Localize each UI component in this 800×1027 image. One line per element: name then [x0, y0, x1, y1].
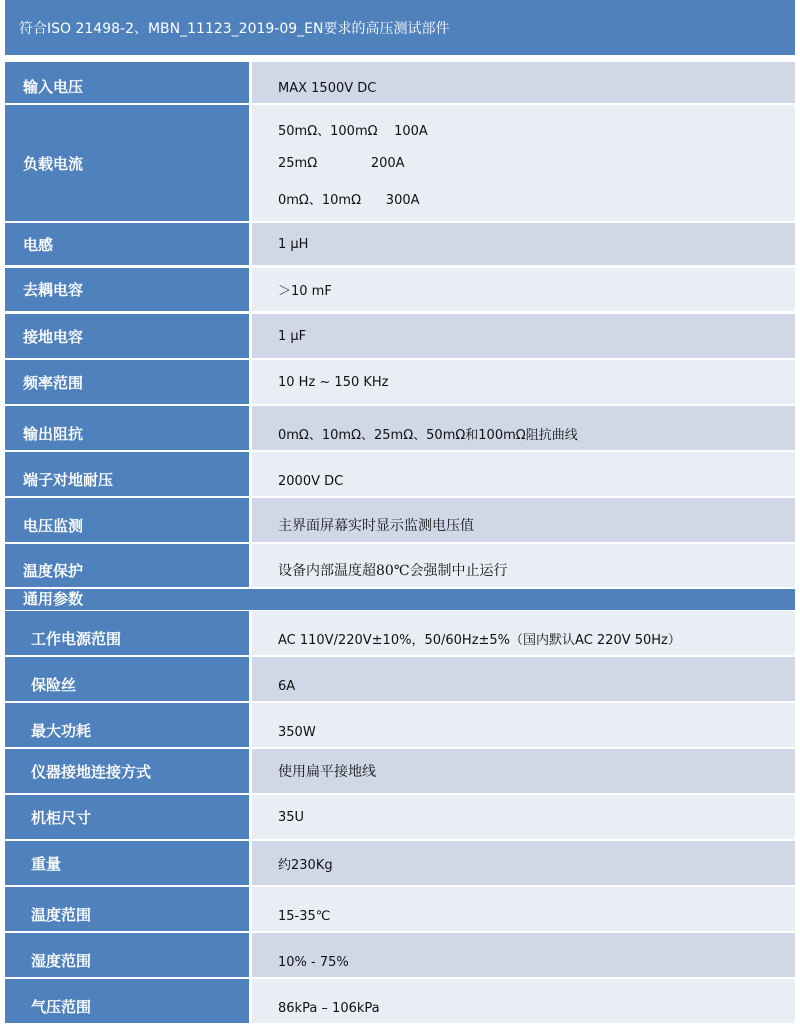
spec-value: MAX 1500V DC: [252, 62, 795, 103]
spec-label: 气压范围: [5, 979, 249, 1023]
spec-label: 负载电流: [5, 105, 249, 221]
spec-value: 2000V DC: [252, 452, 795, 496]
spec-value: 主界面屏幕实时显示监测电压值: [252, 498, 795, 542]
load-line-2: 25mΩ 200A: [278, 156, 405, 171]
spec-value: 10% - 75%: [252, 933, 795, 977]
spec-value: 6A: [252, 657, 795, 701]
spec-row-power-supply-range: 工作电源范围 AC 110V/220V±10%，50/60Hz±5%（国内默认A…: [5, 611, 795, 655]
spec-value: 15-35℃: [252, 887, 795, 931]
spec-row-voltage-monitoring: 电压监测 主界面屏幕实时显示监测电压值: [5, 498, 795, 542]
spec-label: 频率范围: [5, 360, 249, 404]
spec-value: AC 110V/220V±10%，50/60Hz±5%（国内默认AC 220V …: [252, 611, 795, 655]
spec-value: 1 μF: [252, 314, 795, 358]
spec-label: 最大功耗: [5, 703, 249, 747]
spec-value: 0mΩ、10mΩ、25mΩ、50mΩ和100mΩ阻抗曲线: [252, 406, 795, 450]
spec-label: 工作电源范围: [5, 611, 249, 655]
spec-row-pressure-range: 气压范围 86kPa – 106kPa: [5, 979, 795, 1023]
spec-value: 1 μH: [252, 223, 795, 265]
spec-label: 温度范围: [5, 887, 249, 931]
spec-row-load-current: 负载电流 50mΩ、100mΩ 100A 25mΩ 200A 0mΩ、10mΩ …: [5, 105, 795, 221]
spec-label: 输入电压: [5, 62, 249, 103]
spec-row-inductance: 电感 1 μH: [5, 223, 795, 265]
spec-row-grounding-method: 仪器接地连接方式 使用扁平接地线: [5, 749, 795, 793]
spec-row-max-power: 最大功耗 350W: [5, 703, 795, 747]
spec-value: 约230Kg: [252, 841, 795, 885]
spec-row-output-impedance: 输出阻抗 0mΩ、10mΩ、25mΩ、50mΩ和100mΩ阻抗曲线: [5, 406, 795, 450]
spec-label: 接地电容: [5, 314, 249, 358]
spec-label: 保险丝: [5, 657, 249, 701]
spec-label: 湿度范围: [5, 933, 249, 977]
spec-label: 端子对地耐压: [5, 452, 249, 496]
load-line-3: 0mΩ、10mΩ 300A: [278, 189, 420, 208]
spec-row-ground-capacitance: 接地电容 1 μF: [5, 314, 795, 358]
spec-label: 温度保护: [5, 544, 249, 587]
spec-row-weight: 重量 约230Kg: [5, 841, 795, 885]
spec-value: 10 Hz ~ 150 KHz: [252, 360, 795, 404]
spec-value: 50mΩ、100mΩ 100A 25mΩ 200A 0mΩ、10mΩ 300A: [252, 105, 795, 221]
spec-label: 电压监测: [5, 498, 249, 542]
spec-value: ＞10 mF: [252, 268, 795, 311]
spec-label: 仪器接地连接方式: [5, 749, 249, 793]
spec-row-frequency-range: 频率范围 10 Hz ~ 150 KHz: [5, 360, 795, 404]
page-title: 符合ISO 21498-2、MBN_11123_2019-09_EN要求的高压测…: [5, 0, 795, 55]
section-header-general-params: 通用参数: [5, 589, 795, 610]
spec-value: 使用扁平接地线: [252, 749, 795, 793]
spec-value: 86kPa – 106kPa: [252, 979, 795, 1023]
spec-row-temperature-range: 温度范围 15-35℃: [5, 887, 795, 931]
spec-label: 机柜尺寸: [5, 795, 249, 839]
spec-row-fuse: 保险丝 6A: [5, 657, 795, 701]
spec-row-decoupling-capacitance: 去耦电容 ＞10 mF: [5, 268, 795, 311]
spec-row-humidity-range: 湿度范围 10% - 75%: [5, 933, 795, 977]
spec-value: 350W: [252, 703, 795, 747]
spec-value: 35U: [252, 795, 795, 839]
load-line-1: 50mΩ、100mΩ 100A: [278, 120, 428, 139]
spec-label: 电感: [5, 223, 249, 265]
spec-row-input-voltage: 输入电压 MAX 1500V DC: [5, 62, 795, 103]
spec-value: 设备内部温度超80℃会强制中止运行: [252, 544, 795, 587]
spec-row-temperature-protection: 温度保护 设备内部温度超80℃会强制中止运行: [5, 544, 795, 587]
spec-label: 去耦电容: [5, 268, 249, 311]
spec-label: 重量: [5, 841, 249, 885]
spec-label: 输出阻抗: [5, 406, 249, 450]
spec-row-terminal-withstand-voltage: 端子对地耐压 2000V DC: [5, 452, 795, 496]
spec-row-cabinet-size: 机柜尺寸 35U: [5, 795, 795, 839]
